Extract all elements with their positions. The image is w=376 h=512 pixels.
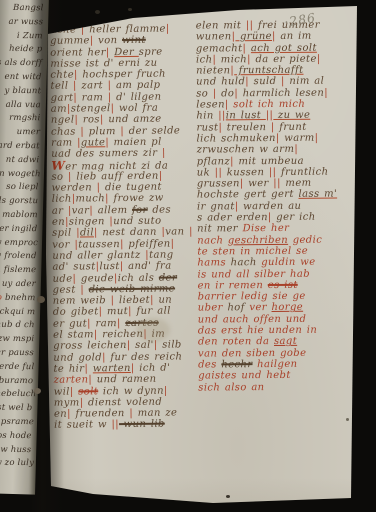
text-segment: der selde bbox=[124, 125, 180, 137]
text-segment: | bbox=[324, 87, 328, 98]
text-line: hochste gert gert lass m' bbox=[197, 189, 349, 201]
text-segment: hof bbox=[227, 303, 244, 314]
text-segment: ach got solt bbox=[251, 42, 317, 53]
text-segment: van den siben gobe bbox=[198, 347, 306, 359]
text-segment: | bbox=[73, 92, 81, 103]
text-segment: do bbox=[216, 88, 234, 99]
text-segment: rust bbox=[196, 122, 218, 133]
text-segment: nit mer bbox=[197, 224, 242, 235]
text-segment: frunt bbox=[275, 121, 307, 132]
text-segment: | bbox=[74, 115, 82, 126]
text-segment: guldin we bbox=[257, 257, 316, 268]
text-segment: sagt bbox=[274, 336, 297, 347]
text-segment: misse ist d' erni zu bbox=[50, 58, 157, 70]
text-segment: hams bbox=[197, 258, 230, 269]
text-segment: geschriben bbox=[228, 235, 288, 246]
text-segment: | bbox=[171, 238, 175, 249]
text-segment: lass m' bbox=[298, 189, 337, 200]
text-segment: und aller glantz bbox=[52, 250, 145, 262]
text-segment: warten bbox=[93, 363, 131, 374]
text-segment: gedic bbox=[288, 234, 322, 245]
paper-smudge bbox=[136, 318, 170, 342]
text-segment: | bbox=[166, 24, 170, 35]
text-segment: allem bbox=[98, 205, 132, 216]
text-segment: ich bbox=[196, 54, 213, 65]
text-segment: | bbox=[80, 284, 88, 295]
text-segment: van bbox=[165, 227, 189, 238]
text-segment: Der bbox=[114, 46, 139, 57]
text-segment: solt bbox=[78, 386, 98, 397]
text-segment: | bbox=[74, 70, 82, 81]
paper-speck bbox=[346, 418, 349, 421]
text-segment: hochsper fruch bbox=[82, 69, 166, 81]
text-segment: | bbox=[315, 133, 319, 144]
text-segment: lesen bbox=[196, 99, 225, 110]
text-segment: | bbox=[106, 47, 114, 58]
text-segment: den roten da bbox=[198, 336, 274, 348]
text-segment: s ader erden bbox=[197, 212, 268, 223]
ink-stain bbox=[34, 388, 41, 394]
text-segment: || bbox=[246, 20, 254, 31]
text-segment: die tugent bbox=[100, 182, 162, 194]
text-segment: | bbox=[90, 36, 98, 47]
text-segment: ger ich bbox=[272, 212, 316, 223]
text-segment: elen mit bbox=[196, 20, 246, 31]
text-segment: uber bbox=[198, 303, 228, 314]
gutter-shadow bbox=[30, 0, 64, 512]
text-segment: man ze bbox=[133, 408, 177, 419]
text-line: sich also an bbox=[198, 381, 350, 393]
text-segment: lust bbox=[99, 261, 120, 272]
text-segment: wint bbox=[122, 35, 146, 46]
text-segment: wunen bbox=[196, 32, 232, 43]
text-segment: von bbox=[98, 35, 122, 46]
text-line: ude| geude|ich als der bbox=[52, 272, 198, 285]
text-segment: lieb auff erden bbox=[72, 171, 159, 183]
text-segment: des bbox=[148, 204, 171, 215]
text-segment: | bbox=[88, 375, 96, 386]
text-segment: sich also an bbox=[198, 382, 264, 393]
text-segment: wun lib bbox=[119, 419, 165, 430]
text-segment: ram bbox=[82, 92, 108, 103]
text-segment: ir gnat bbox=[197, 201, 235, 212]
text-segment: un bbox=[154, 295, 172, 306]
text-segment: barrier ledig sie ge bbox=[198, 291, 306, 303]
text-segment: der bbox=[159, 272, 177, 283]
text-segment: dienst volend bbox=[83, 396, 162, 408]
text-segment: || bbox=[111, 419, 119, 430]
text-segment: Dise her bbox=[243, 223, 290, 234]
text-segment: silb bbox=[158, 340, 182, 351]
text-segment: hechr bbox=[221, 359, 252, 370]
text-segment: mem bbox=[281, 178, 312, 189]
manuscript-photo: Bangslar wussi Zumheide ps als dorffent … bbox=[0, 0, 376, 512]
text-segment: am palp bbox=[111, 80, 160, 92]
text-segment: mit umbeua bbox=[234, 155, 304, 166]
text-segment: stengel bbox=[71, 103, 111, 114]
text-segment: and' fra bbox=[124, 261, 172, 273]
text-segment: | bbox=[164, 385, 168, 396]
text-segment: nd w huss bbox=[0, 444, 31, 454]
text-segment: so bbox=[196, 88, 213, 99]
text-segment: fruntschafft bbox=[234, 65, 303, 76]
text-segment: harmlich lesen bbox=[238, 87, 324, 99]
text-segment: || bbox=[269, 167, 277, 178]
text-segment: dil bbox=[80, 228, 94, 239]
text-segment: solt ich mich bbox=[233, 99, 305, 111]
text-segment: horge bbox=[271, 302, 303, 313]
text-segment: nim al bbox=[285, 76, 325, 87]
text-segment: | bbox=[189, 227, 193, 238]
text-segment: for bbox=[132, 205, 148, 216]
text-segment: des bbox=[198, 359, 221, 370]
text-segment: ich w dynn bbox=[98, 385, 164, 397]
text-segment: suld bbox=[249, 76, 281, 87]
text-segment: much bbox=[75, 194, 105, 205]
text-line: chas | plum | der selde bbox=[51, 125, 197, 138]
text-segment: plum bbox=[84, 126, 120, 137]
text-segment: uad des sumers zir bbox=[51, 148, 162, 160]
text-segment: die weib mirme bbox=[89, 283, 176, 295]
text-segment: hin bbox=[196, 111, 218, 122]
text-segment: rst wel b bbox=[0, 403, 32, 413]
text-segment: wol fra bbox=[119, 103, 158, 114]
text-line: so | do| harmlich lesen| bbox=[196, 87, 348, 99]
text-segment: wer bbox=[244, 178, 274, 189]
text-segment: mut bbox=[102, 306, 128, 317]
text-segment: warm bbox=[280, 133, 315, 144]
text-segment: gemacht bbox=[196, 43, 243, 54]
text-segment: mich bbox=[216, 54, 247, 65]
right-text-column: elen mit || frei ummerwunen| grüne| an i… bbox=[196, 19, 351, 393]
text-segment: || bbox=[273, 178, 281, 189]
text-segment: pflanz bbox=[197, 156, 230, 167]
text-segment: lich schmuken bbox=[196, 133, 275, 145]
text-segment: ich als bbox=[118, 272, 159, 283]
text-segment: te sten in michel se bbox=[197, 246, 308, 258]
text-segment: grüne bbox=[235, 31, 272, 42]
text-segment: heller flamme bbox=[85, 24, 166, 36]
text-segment: fruntlich bbox=[276, 166, 328, 177]
recto-page: liche | heller flamme|gumme| von wintori… bbox=[38, 4, 360, 508]
text-segment: | bbox=[89, 205, 97, 216]
text-segment: nest dann bbox=[102, 227, 161, 239]
text-segment: nieten bbox=[196, 65, 230, 76]
text-segment: nach bbox=[197, 235, 228, 246]
text-segment: und suto bbox=[113, 216, 161, 228]
left-text-column: liche | heller flamme|gumme| von wintori… bbox=[50, 23, 200, 431]
text-segment: uk bbox=[197, 167, 215, 178]
text-segment: | bbox=[162, 148, 166, 159]
text-segment: zu we bbox=[273, 110, 310, 121]
text-segment: d' lilgen bbox=[112, 91, 162, 103]
text-segment: gross leichen bbox=[53, 340, 127, 352]
text-segment: singen bbox=[69, 216, 110, 227]
text-segment: maien pl bbox=[109, 137, 162, 149]
text-segment: ich d' bbox=[135, 362, 171, 373]
text-segment: | bbox=[159, 170, 163, 181]
text-segment: hailgen bbox=[252, 359, 297, 370]
text-segment: || bbox=[266, 110, 274, 121]
text-segment: geude bbox=[81, 273, 114, 284]
text-segment: | bbox=[317, 54, 321, 65]
text-segment: gute bbox=[81, 137, 106, 148]
text-segment: da er piete bbox=[251, 54, 317, 65]
text-segment: fur all bbox=[132, 306, 171, 317]
text-segment: gaistes und hebt bbox=[198, 370, 291, 382]
text-line: uk || kussen || fruntlich bbox=[197, 166, 349, 178]
text-segment: zrwuschen w arm bbox=[197, 144, 295, 156]
text-line: it sueit w || wun lib bbox=[54, 419, 200, 432]
text-segment: | bbox=[294, 144, 298, 155]
paper-speck bbox=[128, 8, 132, 11]
text-segment: an im bbox=[276, 31, 312, 42]
text-segment: und huld bbox=[196, 77, 245, 88]
text-segment: das erst hie unden in bbox=[198, 325, 317, 337]
text-segment: er pauss bbox=[0, 348, 34, 358]
text-segment: ros bbox=[83, 115, 100, 126]
text-segment: taussen bbox=[78, 239, 120, 250]
text-line: und gold| fur des reich bbox=[53, 351, 199, 364]
text-segment: ram bbox=[91, 318, 117, 329]
text-segment: zart bbox=[77, 81, 108, 92]
text-segment: warden au bbox=[239, 201, 302, 212]
text-segment: var bbox=[72, 205, 90, 216]
text-segment: fur des reich bbox=[106, 351, 183, 363]
text-segment: kussen bbox=[222, 167, 269, 178]
text-segment: en psrame bbox=[0, 417, 34, 427]
text-segment: en ir remen bbox=[198, 280, 268, 291]
text-segment: ff os hode bbox=[0, 430, 32, 440]
text-segment: treulen bbox=[222, 122, 271, 133]
text-segment: liebet bbox=[114, 295, 150, 306]
text-segment: hach bbox=[231, 257, 257, 268]
paper-speck bbox=[95, 10, 100, 14]
text-line: spil |dil| nest dann |van | bbox=[52, 227, 198, 240]
text-segment: hochste gert gert bbox=[197, 189, 299, 201]
text-segment: tang bbox=[149, 249, 174, 260]
text-segment: und ramen bbox=[97, 374, 157, 386]
text-segment: frowe zw bbox=[109, 193, 164, 205]
text-segment: lsburamo bbox=[0, 375, 33, 385]
ink-stain bbox=[37, 296, 45, 303]
text-segment: is und all silber hab bbox=[197, 268, 310, 280]
text-segment: spre bbox=[139, 46, 163, 57]
text-segment: fruenden bbox=[71, 408, 130, 420]
text-segment: ver bbox=[245, 302, 272, 313]
text-segment: grussen bbox=[197, 178, 240, 189]
text-segment: und amze bbox=[108, 114, 161, 126]
text-segment: in lust bbox=[226, 110, 266, 121]
paper-speck bbox=[226, 495, 230, 498]
text-segment: und auch offen und bbox=[198, 313, 307, 325]
text-segment: es ist bbox=[268, 280, 298, 291]
text-segment: pfeiffen bbox=[128, 238, 170, 249]
